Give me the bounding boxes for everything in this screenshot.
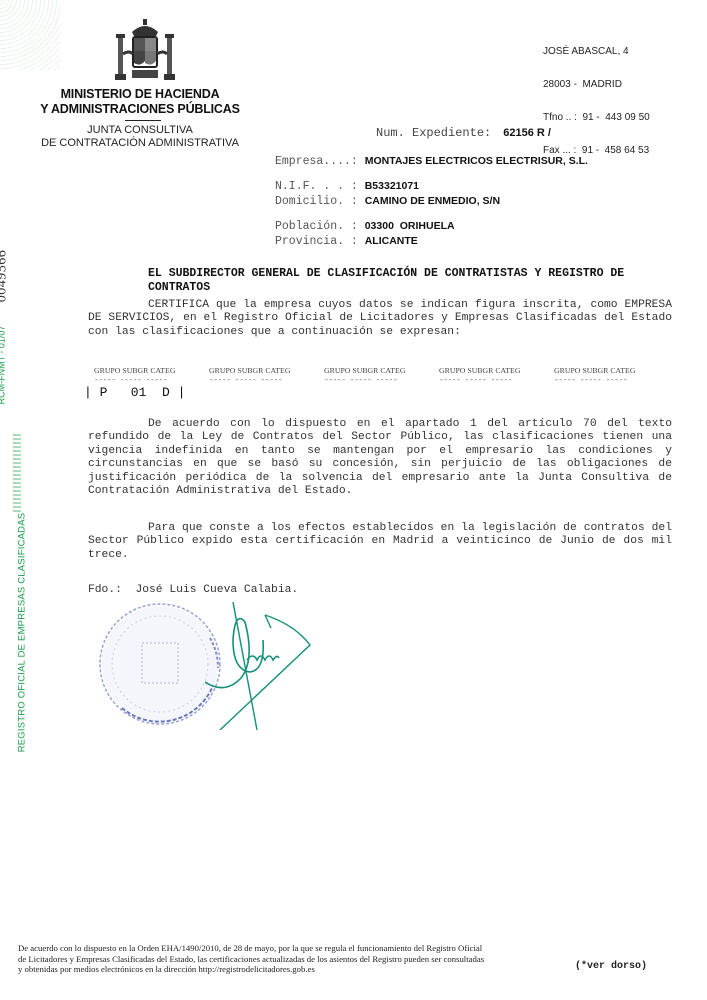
expediente-label: Num. Expediente: [376, 126, 491, 140]
serial-number-text: 0049566 [0, 250, 10, 303]
ministry-name: MINISTERIO DE HACIENDA Y ADMINISTRACIONE… [40, 87, 240, 117]
junta-name: JUNTA CONSULTIVA DE CONTRATACIÓN ADMINIS… [40, 124, 240, 150]
signer-name: Fdo.: José Luis Cueva Calabia. [88, 584, 298, 596]
column-header-underline: ----- ----- ----- [94, 376, 175, 385]
column-header-text: GRUPO SUBGR CATEG [554, 366, 635, 375]
certifica-text: CERTIFICA que la empresa cuyos datos se … [88, 299, 672, 338]
vigencia-paragraph: De acuerdo con lo dispuesto en el aparta… [88, 418, 672, 498]
conste-paragraph: Para que conste a los efectos establecid… [88, 522, 672, 562]
registry-side-text: REGISTRO OFICIAL DE EMPRESAS CLASIFICADA… [16, 513, 27, 753]
address-street: JOSÉ ABASCAL, 4 [543, 46, 650, 57]
address-phone: Tfno .. : 91 - 443 09 50 [543, 112, 650, 123]
field-value: 03300 ORIHUELA [365, 220, 455, 232]
ministry-line-2: Y ADMINISTRACIONES PÚBLICAS [40, 102, 240, 117]
company-field-provincia: Provincia. : ALICANTE [275, 235, 418, 248]
field-value: ALICANTE [365, 235, 418, 247]
classification-column-header: GRUPO SUBGR CATEG----- ----- ----- [324, 366, 405, 385]
junta-line-1: JUNTA CONSULTIVA [40, 124, 240, 137]
registry-side-label: REGISTRO OFICIAL DE EMPRESAS CLASIFICADA… [2, 515, 32, 755]
field-label: Provincia. : [275, 235, 365, 248]
coat-of-arms-icon [112, 18, 178, 84]
column-header-text: GRUPO SUBGR CATEG [439, 366, 520, 375]
watermark-guilloche [0, 0, 60, 70]
field-label: Población. : [275, 220, 365, 233]
serial-number: 0049566 [2, 240, 32, 320]
classification-entry: | P 01 D | [84, 385, 185, 400]
company-field-poblacion: Población. : 03300 ORIHUELA [275, 220, 455, 233]
classification-column-header: GRUPO SUBGR CATEG----- ----- ----- [209, 366, 290, 385]
security-strip [13, 432, 21, 512]
company-field-empresa: Empresa....: MONTAJES ELECTRICOS ELECTRI… [275, 155, 588, 168]
classification-column-header: GRUPO SUBGR CATEG----- ----- ----- [554, 366, 635, 385]
signature-icon [205, 600, 315, 730]
company-field-domicilio: Domicilio. : CAMINO DE ENMEDIO, S/N [275, 195, 500, 208]
ministry-line-1: MINISTERIO DE HACIENDA [40, 87, 240, 102]
office-address: JOSÉ ABASCAL, 4 28003 - MADRID Tfno .. :… [543, 24, 650, 167]
field-value: B53321071 [365, 180, 419, 192]
column-header-text: GRUPO SUBGR CATEG [94, 366, 175, 375]
vigencia-text: De acuerdo con lo dispuesto en el aparta… [88, 418, 672, 497]
field-label: Empresa....: [275, 155, 365, 168]
header-divider [125, 120, 161, 121]
company-field-nif: N.I.F. . . : B53321071 [275, 180, 419, 193]
classification-column-header: GRUPO SUBGR CATEG----- ----- ----- [439, 366, 520, 385]
expediente: Num. Expediente:62156 R / [376, 126, 551, 140]
certifica-paragraph: CERTIFICA que la empresa cuyos datos se … [88, 299, 672, 339]
junta-line-2: DE CONTRATACIÓN ADMINISTRATIVA [40, 137, 240, 150]
column-header-underline: ----- ----- ----- [324, 376, 405, 385]
field-label: Domicilio. : [275, 195, 365, 208]
field-value: MONTAJES ELECTRICOS ELECTRISUR, S.L. [365, 155, 588, 167]
field-label: N.I.F. . . : [275, 180, 365, 193]
field-value: CAMINO DE ENMEDIO, S/N [365, 195, 500, 207]
column-header-underline: ----- ----- ----- [554, 376, 635, 385]
address-city: 28003 - MADRID [543, 79, 650, 90]
column-header-text: GRUPO SUBGR CATEG [324, 366, 405, 375]
conste-text: Para que conste a los efectos establecid… [88, 522, 672, 561]
expediente-value: 62156 R / [503, 127, 551, 139]
rcm-fnmt-text: RCM-FNMT - 01/07 [0, 326, 6, 405]
rcm-fnmt-code: RCM-FNMT - 01/07 [2, 310, 32, 420]
column-header-underline: ----- ----- ----- [209, 376, 290, 385]
column-header-text: GRUPO SUBGR CATEG [209, 366, 290, 375]
footnote: De acuerdo con lo dispuesto en la Orden … [18, 943, 488, 975]
ver-dorso-note: (*ver dorso) [575, 961, 647, 972]
classification-column-header: GRUPO SUBGR CATEG----- ----- ----- [94, 366, 175, 385]
certifying-authority-heading: EL SUBDIRECTOR GENERAL DE CLASIFICACIÓN … [148, 267, 668, 295]
column-header-underline: ----- ----- ----- [439, 376, 520, 385]
